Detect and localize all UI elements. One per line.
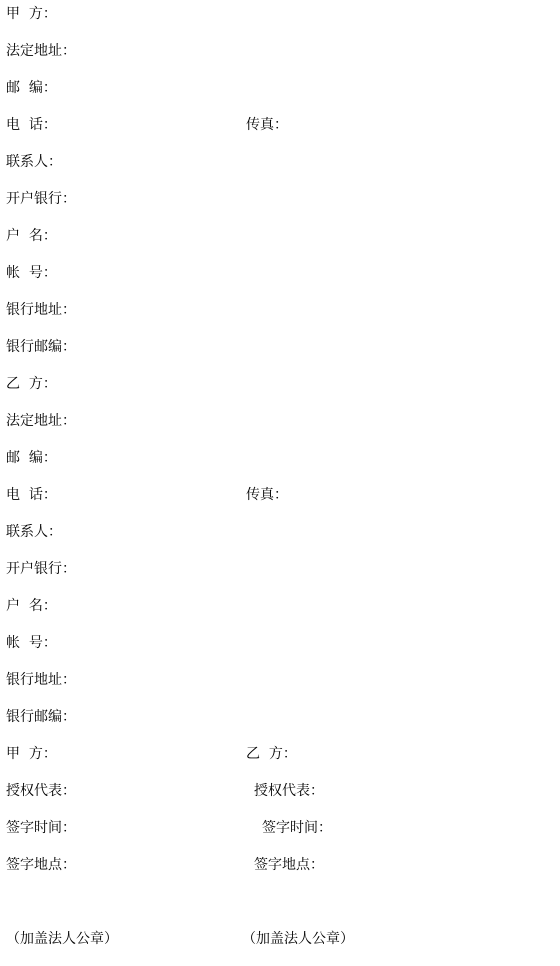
- sig-right-place-label: 签字地点：: [254, 855, 324, 875]
- sig-left-rep-label: 授权代表：: [6, 781, 76, 801]
- party-a-account-no-label: 帐 号：: [6, 263, 57, 283]
- party-a-fax-label: 传真：: [246, 115, 288, 135]
- party-a-bank-label: 开户银行：: [6, 189, 76, 209]
- sig-right-seal-note: （加盖法人公章）: [242, 929, 354, 949]
- party-b-bank-address-label: 银行地址：: [6, 670, 76, 690]
- party-b-address-label: 法定地址：: [6, 411, 76, 431]
- sig-left-seal-note: （加盖法人公章）: [6, 929, 118, 949]
- party-b-contact-label: 联系人：: [6, 522, 62, 542]
- sig-right-rep-label: 授权代表：: [254, 781, 324, 801]
- party-a-contact-label: 联系人：: [6, 152, 62, 172]
- sig-left-time-label: 签字时间：: [6, 818, 76, 838]
- sig-left-place-label: 签字地点：: [6, 855, 76, 875]
- sig-right-party-label: 乙 方：: [246, 744, 297, 764]
- party-a-address-label: 法定地址：: [6, 41, 76, 61]
- party-b-name-label: 乙 方：: [6, 374, 57, 394]
- party-a-bank-postcode-label: 银行邮编：: [6, 337, 76, 357]
- party-b-account-name-label: 户 名：: [6, 596, 57, 616]
- party-b-phone-label: 电 话：: [6, 485, 57, 505]
- party-b-postcode-label: 邮 编：: [6, 448, 57, 468]
- party-a-account-name-label: 户 名：: [6, 226, 57, 246]
- party-b-account-no-label: 帐 号：: [6, 633, 57, 653]
- party-b-bank-postcode-label: 银行邮编：: [6, 707, 76, 727]
- party-a-postcode-label: 邮 编：: [6, 78, 57, 98]
- sig-left-party-label: 甲 方：: [6, 744, 57, 764]
- party-a-bank-address-label: 银行地址：: [6, 300, 76, 320]
- party-b-bank-label: 开户银行：: [6, 559, 76, 579]
- party-b-fax-label: 传真：: [246, 485, 288, 505]
- party-a-name-label: 甲 方：: [6, 4, 57, 24]
- party-a-phone-label: 电 话：: [6, 115, 57, 135]
- sig-right-time-label: 签字时间：: [262, 818, 332, 838]
